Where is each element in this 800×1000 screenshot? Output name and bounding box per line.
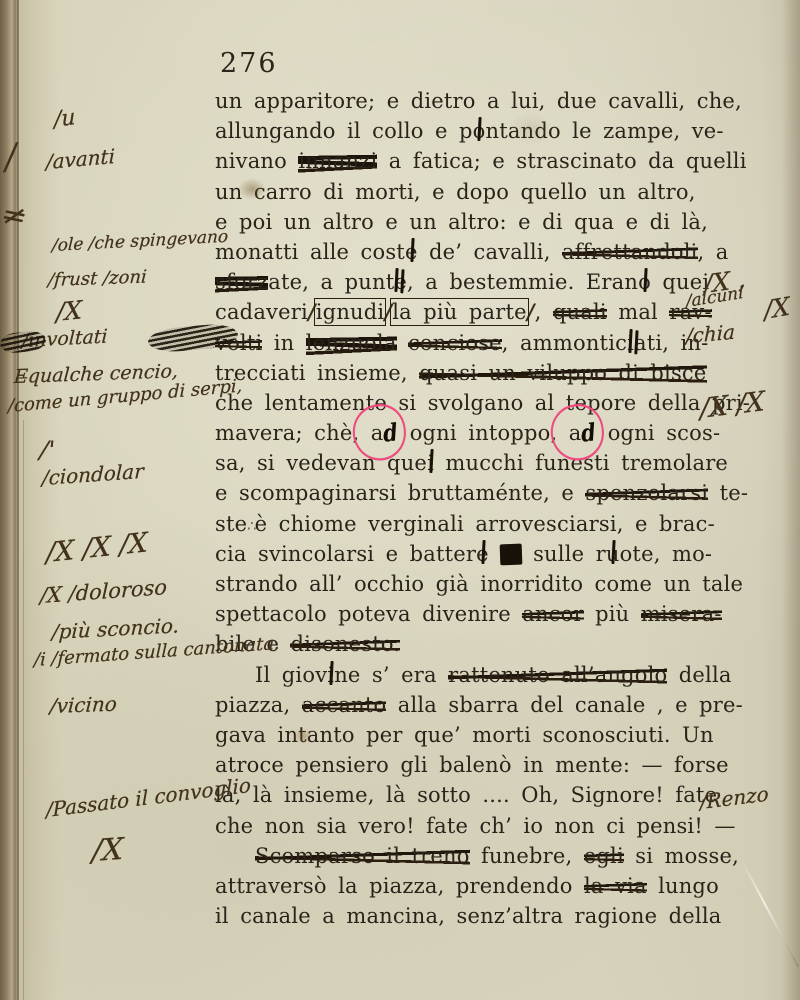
page-edge-line: [17, 0, 19, 1000]
pen-corrected-letter: o: [638, 270, 651, 294]
pen-corrected-letter: te: [386, 270, 407, 294]
pen-corrected-letter: i: [427, 451, 434, 475]
pen-boxed-word: ignudi: [316, 300, 385, 324]
scanned-book-page: 276 un apparitore; e dietro a lui, due c…: [0, 0, 800, 1000]
paper-stain: [508, 112, 554, 146]
pen-corrected-letter: e: [405, 240, 418, 264]
print-line: e poi un altro e un altro: e di qua e di…: [215, 207, 790, 237]
text-segment: spettacolo poteva divenire: [215, 602, 522, 626]
handwritten-mark: /: [308, 299, 316, 324]
print-line: monatti alle coste de’ cavalli, affretta…: [215, 237, 790, 267]
struck-through-word: ancor: [522, 602, 584, 626]
text-segment: Il giov: [255, 663, 327, 687]
struck-through-word: conciose: [408, 331, 502, 355]
handwritten-annotation: /più sconcio.: [51, 613, 179, 644]
paper-stain: [238, 178, 266, 200]
struck-through-word: innanzi: [298, 149, 377, 173]
print-line: un apparitore; e dietro a lui, due caval…: [215, 86, 790, 116]
struck-through-word: affrettandoli: [562, 240, 698, 264]
text-segment: allungando il collo e p: [215, 119, 473, 143]
handwritten-annotation: ≠: [0, 197, 32, 236]
handwritten-annotation: /vicino: [49, 692, 118, 718]
handwritten-mark: /: [527, 299, 535, 324]
text-segment: si mosse,: [624, 844, 739, 868]
pen-corrected-letter: i: [327, 663, 334, 687]
print-line: cia svincolarsi e battere le sulle ruote…: [215, 539, 790, 569]
text-segment: là, là insieme, là sotto .... Oh, Signor…: [215, 783, 717, 807]
print-line: spettacolo poteva divenire ancor più mis…: [215, 599, 790, 629]
text-segment: de’ cavalli,: [418, 240, 562, 264]
text-segment: che non sia vero! fate ch’ io non ci pen…: [215, 814, 736, 838]
struck-through-word: misera-: [641, 602, 722, 626]
text-segment: ne s’ era: [334, 663, 448, 687]
text-segment: che lentamente si svolgano al tepore del…: [215, 391, 750, 415]
print-line: Il giovine s’ era rattenuto all’angolo d…: [215, 660, 790, 690]
struck-through-word: spenzolarsi: [585, 481, 708, 505]
text-segment: alla sbarra del canale , e pre-: [386, 693, 743, 717]
text-segment: cia svincolarsi e batter: [215, 542, 476, 566]
text-segment: monatti alle cost: [215, 240, 405, 264]
handwritten-annotation: /avanti: [46, 144, 115, 174]
circled-pen-insertion: d: [382, 415, 400, 451]
text-segment: strando all’ occhio già inorridito come …: [215, 572, 743, 596]
handwritten-annotation: /X /doloroso: [40, 575, 168, 608]
print-line: attraversò la piazza, prendendo la via l…: [215, 871, 790, 901]
text-segment: della: [667, 663, 731, 687]
print-line: strando all’ occhio già inorridito come …: [215, 569, 790, 599]
text-segment: mal: [607, 300, 670, 324]
print-line: trecciati insieme, quasi un viluppo di b…: [215, 358, 790, 388]
pen-corrected-letter: u: [606, 542, 620, 566]
pen-boxed-word: la più parte: [392, 300, 527, 324]
print-line: Scomparso il treno funebre, egli si moss…: [215, 841, 790, 871]
print-line: atroce pensiero gli balenò in mente: — f…: [215, 750, 790, 780]
handwritten-annotation: /ole /che spingevano: [51, 227, 228, 256]
text-segment: ,: [535, 300, 553, 324]
paper-stain: [294, 728, 312, 744]
text-segment: ste: [215, 512, 247, 536]
handwritten-annotation: /': [39, 436, 57, 464]
text-segment: è chiome verginali arrovesciarsi, e brac…: [255, 512, 715, 536]
print-line: allungando il collo e pontando le zampe,…: [215, 116, 790, 146]
text-segment: il canale a mancina, senz’altra ragione …: [215, 904, 721, 928]
text-segment: e scompaginarsi bruttaménte, e: [215, 481, 585, 505]
pen-corrected-letter: e: [476, 542, 489, 566]
text-segment: te-: [708, 481, 748, 505]
text-segment: ote, mo-: [620, 542, 713, 566]
text-segment: e poi un altro e un altro: e di qua e di…: [215, 210, 708, 234]
text-segment: trecciati insieme,: [215, 361, 419, 385]
handwritten-annotation: /chia: [686, 320, 735, 348]
handwritten-annotation: /X: [91, 832, 124, 869]
struck-through-word: quali: [553, 300, 607, 324]
text-segment: gava intanto per que’ morti sconosciuti.…: [215, 723, 714, 747]
text-segment: nivano: [215, 149, 298, 173]
circled-pen-insertion: d: [580, 415, 598, 451]
print-line: il canale a mancina, senz’altra ragione …: [215, 901, 790, 931]
text-segment: , ammonti: [502, 331, 615, 355]
page-edge-line: [23, 420, 24, 1000]
handwritten-annotation: /frust /zoni: [47, 267, 147, 292]
text-segment: più: [584, 602, 641, 626]
handwritten-annotation: /X: [56, 295, 82, 327]
print-line: bile e disonesto.: [215, 629, 790, 659]
struck-through-word: la via: [584, 874, 647, 898]
print-line: e scompaginarsi bruttaménte, e spenzolar…: [215, 478, 790, 508]
struck-through-word: quasi un viluppo di bisce: [419, 361, 706, 385]
ink-blot: le: [500, 543, 522, 565]
struck-through-word: Scomparso il treno: [255, 844, 470, 868]
text-segment: attraversò la piazza, prendendo: [215, 874, 584, 898]
text-segment: a fatica; e strascinato da quelli: [377, 149, 746, 173]
text-segment: [397, 331, 408, 355]
text-segment: funebre,: [470, 844, 584, 868]
text-segment: cadaveri: [215, 300, 308, 324]
print-line: ste∴è chiome verginali arrovesciarsi, e …: [215, 509, 790, 539]
text-segment: in: [262, 331, 305, 355]
pen-corrected-letter: o: [473, 119, 486, 143]
struck-through-word: lenzuola: [306, 331, 397, 355]
print-line: sa, si vedevan quei mucchi funesti tremo…: [215, 448, 790, 478]
struck-through-word: disonesto.: [290, 632, 400, 656]
struck-through-word: accanto: [302, 693, 387, 717]
print-line: piazza, accanto alla sbarra del canale ,…: [215, 690, 790, 720]
text-segment: piazza,: [215, 693, 302, 717]
struck-through-word: egli: [584, 844, 624, 868]
text-segment: [489, 542, 500, 566]
struck-through-word: sforz: [215, 270, 268, 294]
text-segment: sulle r: [522, 542, 606, 566]
text-segment: atroce pensiero gli balenò in mente: — f…: [215, 753, 729, 777]
handwritten-annotation: /u: [54, 105, 76, 133]
struck-through-word: ∴: [247, 518, 254, 535]
text-segment: lungo: [647, 874, 719, 898]
handwritten-annotation: /X /X /X: [46, 527, 148, 569]
handwritten-annotation: /: [4, 136, 17, 178]
page-number: 276: [220, 48, 278, 79]
text-segment: un apparitore; e dietro a lui, due caval…: [215, 89, 742, 113]
print-line: un carro di morti, e dopo quello un altr…: [215, 177, 790, 207]
text-segment: , a bestemmie. Eran: [407, 270, 638, 294]
struck-through-word: rattenuto all’angolo: [448, 663, 667, 687]
text-segment: , a: [698, 240, 729, 264]
print-line: che non sia vero! fate ch’ io non ci pen…: [215, 811, 790, 841]
text-segment: un carro di morti, e dopo quello un altr…: [215, 180, 696, 204]
print-line: nivano innanzi a fatica; e strascinato d…: [215, 146, 790, 176]
handwritten-annotation: /X: [763, 291, 791, 325]
pen-corrected-letter: cia: [615, 331, 647, 355]
text-segment: ate, a pun: [268, 270, 385, 294]
handwritten-annotation: /ciondolar: [42, 459, 145, 490]
